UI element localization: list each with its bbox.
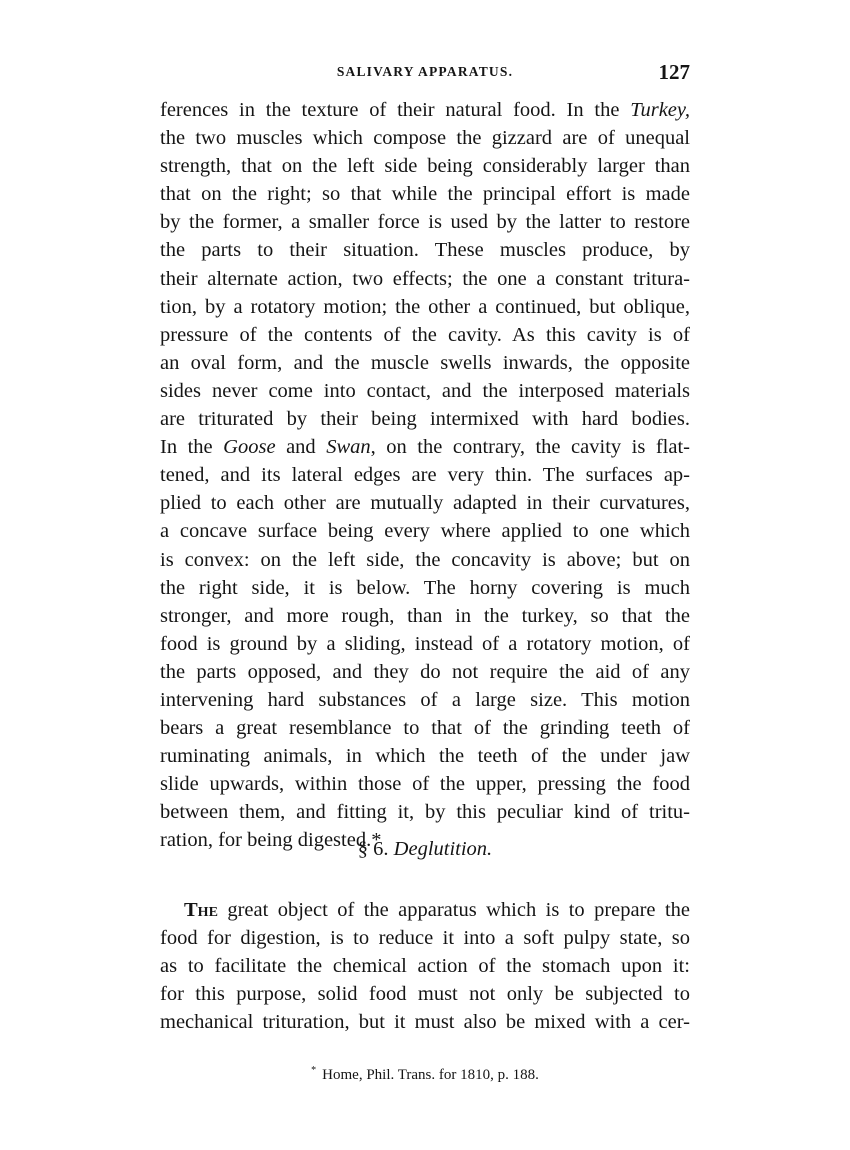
- section-title: Deglutition.: [394, 838, 493, 860]
- page-header: SALIVARY APPARATUS. 127: [160, 60, 690, 90]
- text-line: pressure of the contents of the cavity. …: [160, 321, 690, 349]
- text-line: In the Goose and Swan, on the contrary, …: [160, 433, 690, 461]
- text-line: The great object of the apparatus which …: [160, 896, 690, 924]
- italic-term: Swan: [326, 436, 370, 458]
- text-line: between them, and fitting it, by this pe…: [160, 798, 690, 826]
- text-line: an oval form, and the muscle swells inwa…: [160, 349, 690, 377]
- text-line: a concave surface being every where appl…: [160, 517, 690, 545]
- text-line: sides never come into contact, and the i…: [160, 377, 690, 405]
- text-line: the parts opposed, and they do not requi…: [160, 658, 690, 686]
- footnote: *Home, Phil. Trans. for 1810, p. 188.: [160, 1065, 690, 1084]
- paragraph-gizzard: ferences in the texture of their natural…: [160, 96, 690, 855]
- drop-word: The: [184, 899, 218, 921]
- text-line: ferences in the texture of their natural…: [160, 96, 690, 124]
- text-line: plied to each other are mutually adapted…: [160, 489, 690, 517]
- text-line: tened, and its lateral edges are very th…: [160, 461, 690, 489]
- italic-term: Turkey,: [630, 99, 690, 121]
- running-head: SALIVARY APPARATUS.: [160, 64, 690, 80]
- text-line: as to facilitate the chemical action of …: [160, 952, 690, 980]
- section-heading: § 6. Deglutition.: [160, 838, 690, 861]
- text-line: the two muscles which compose the gizzar…: [160, 124, 690, 152]
- text-line: intervening hard substances of a large s…: [160, 686, 690, 714]
- text-line: tion, by a rotatory motion; the other a …: [160, 293, 690, 321]
- text-line: stronger, and more rough, than in the tu…: [160, 602, 690, 630]
- text-line: food is ground by a sliding, instead of …: [160, 630, 690, 658]
- section-number: § 6.: [358, 838, 389, 860]
- footnote-mark: *: [311, 1065, 316, 1076]
- footnote-text: Home, Phil. Trans. for 1810, p. 188.: [322, 1067, 539, 1083]
- text-line: their alternate action, two effects; the…: [160, 265, 690, 293]
- text-line: are triturated by their being intermixed…: [160, 405, 690, 433]
- text-line: the parts to their situation. These musc…: [160, 236, 690, 264]
- text-line: ruminating animals, in which the teeth o…: [160, 742, 690, 770]
- text-line: slide upwards, within those of the upper…: [160, 770, 690, 798]
- text-line: food for digestion, is to reduce it into…: [160, 924, 690, 952]
- paragraph-deglutition: The great object of the apparatus which …: [160, 896, 690, 1036]
- text-line: the right side, it is below. The horny c…: [160, 574, 690, 602]
- italic-term: Goose: [223, 436, 275, 458]
- text-line: that on the right; so that while the pri…: [160, 180, 690, 208]
- text-line: for this purpose, solid food must not on…: [160, 980, 690, 1008]
- text-line: by the former, a smaller force is used b…: [160, 208, 690, 236]
- text-line: is convex: on the left side, the concavi…: [160, 546, 690, 574]
- page-number: 127: [659, 60, 691, 85]
- text-line: mechanical trituration, but it must also…: [160, 1008, 690, 1036]
- text-line: strength, that on the left side being co…: [160, 152, 690, 180]
- text-line: bears a great resemblance to that of the…: [160, 714, 690, 742]
